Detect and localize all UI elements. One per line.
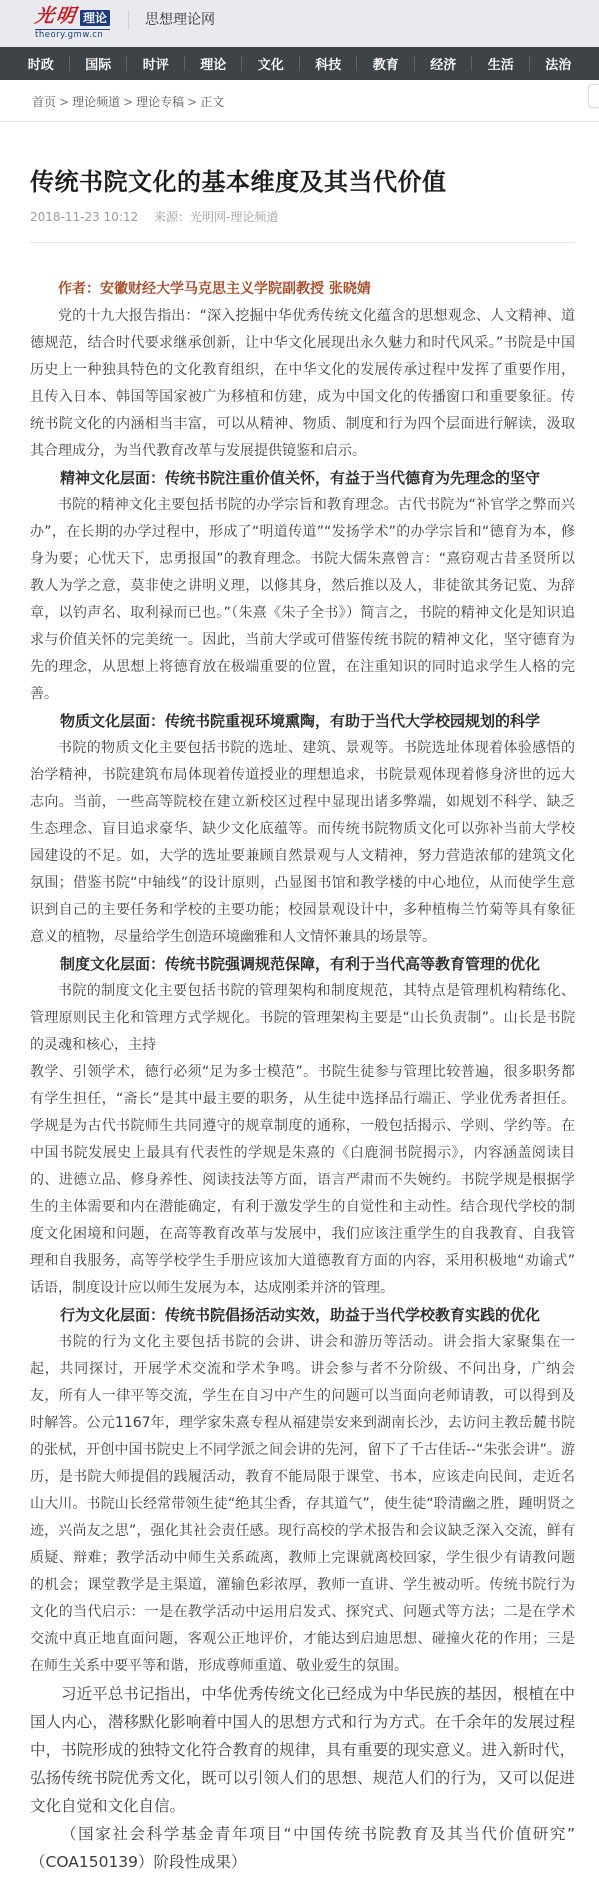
breadcrumb-separator: >	[187, 95, 197, 109]
nav-item-理论[interactable]: 理论	[185, 47, 243, 80]
article-head: 传统书院文化的基本维度及其当代价值 2018-11-23 10:12 来源：光明…	[0, 122, 599, 225]
article-meta: 2018-11-23 10:12 来源：光明网-理论频道	[30, 208, 569, 225]
nav-item-国际[interactable]: 国际	[70, 47, 128, 80]
breadcrumb-separator: >	[59, 95, 69, 109]
section-heading: 物质文化层面：传统书院重视环境熏陶，有助于当代大学校园规划的科学	[30, 708, 575, 735]
site-name: 思想理论网	[128, 10, 215, 30]
article-paragraph: （国家社会科学基金青年项目“中国传统书院教育及其当代价值研究”（COA15013…	[30, 1820, 575, 1876]
source-value[interactable]: 光明网-理论频道	[190, 210, 278, 224]
breadcrumb-item: 正文	[200, 95, 224, 109]
article-paragraph: 书院的精神文化主要包括书院的办学宗旨和教育理念。古代书院为“补官学之弊而兴办”，…	[30, 492, 575, 708]
site-header: 光明 理论 theory.gmw.cn 思想理论网	[0, 0, 599, 47]
source-label: 来源：	[154, 210, 190, 224]
article-paragraph: 教学、引领学术，德行必须“足为多士模范”。书院生徒参与管理比较普遍，很多职务都有…	[30, 1059, 575, 1302]
breadcrumb-item[interactable]: 理论专稿	[136, 95, 184, 109]
section-heading: 行为文化层面：传统书院倡扬活动实效，助益于当代学校教育实践的优化	[30, 1302, 575, 1329]
nav-item-文化[interactable]: 文化	[242, 47, 300, 80]
cutoff-side-widget[interactable]	[588, 84, 599, 108]
article-paragraph: 书院的物质文化主要包括书院的选址、建筑、景观等。书院选址体现着体验感悟的治学精神…	[30, 735, 575, 951]
article-paragraph: 书院的行为文化主要包括书院的会讲、讲会和游历等活动。讲会指大家聚集在一起，共同探…	[30, 1329, 575, 1680]
nav-item-法治[interactable]: 法治	[530, 47, 588, 80]
logo-url: theory.gmw.cn	[35, 29, 110, 40]
nav-item-时评[interactable]: 时评	[127, 47, 185, 80]
author-line: 作者：安徽财经大学马克思主义学院副教授 张晓婧	[30, 276, 575, 303]
breadcrumb-item[interactable]: 首页	[32, 95, 56, 109]
section-heading: 精神文化层面：传统书院注重价值关怀，有益于当代德育为先理念的坚守	[30, 465, 575, 492]
article-source: 来源：光明网-理论频道	[154, 210, 278, 224]
breadcrumb-separator: >	[123, 95, 133, 109]
article-paragraph: 书院的制度文化主要包括书院的管理架构和制度规范，其特点是管理机构精练化、管理原则…	[30, 978, 575, 1059]
article-body: 作者：安徽财经大学马克思主义学院副教授 张晓婧党的十九大报告指出：“深入挖掘中华…	[0, 243, 599, 1894]
main-nav: 时政国际时评理论文化科技教育经济生活法治	[0, 47, 599, 80]
article-paragraph: 党的十九大报告指出：“深入挖掘中华优秀传统文化蕴含的思想观念、人文精神、道德规范…	[30, 303, 575, 465]
lilun-logo-badge: 理论	[80, 10, 110, 26]
nav-item-科技[interactable]: 科技	[300, 47, 358, 80]
section-heading: 制度文化层面：传统书院强调规范保障，有利于当代高等教育管理的优化	[30, 951, 575, 978]
nav-item-教育[interactable]: 教育	[357, 47, 415, 80]
publish-date: 2018-11-23 10:12	[30, 210, 138, 224]
nav-item-生活[interactable]: 生活	[472, 47, 530, 80]
breadcrumb-item[interactable]: 理论频道	[72, 95, 120, 109]
article-paragraph: 习近平总书记指出，中华优秀传统文化已经成为中华民族的基因，根植在中国人内心，潜移…	[30, 1680, 575, 1820]
page-title: 传统书院文化的基本维度及其当代价值	[30, 167, 569, 197]
guangming-logo-text: 光明	[34, 7, 79, 26]
breadcrumb: 首页>理论频道>理论专稿>正文	[0, 80, 599, 122]
nav-item-时政[interactable]: 时政	[12, 47, 70, 80]
site-logo[interactable]: 光明 理论 theory.gmw.cn	[35, 7, 110, 40]
nav-item-经济[interactable]: 经济	[415, 47, 473, 80]
